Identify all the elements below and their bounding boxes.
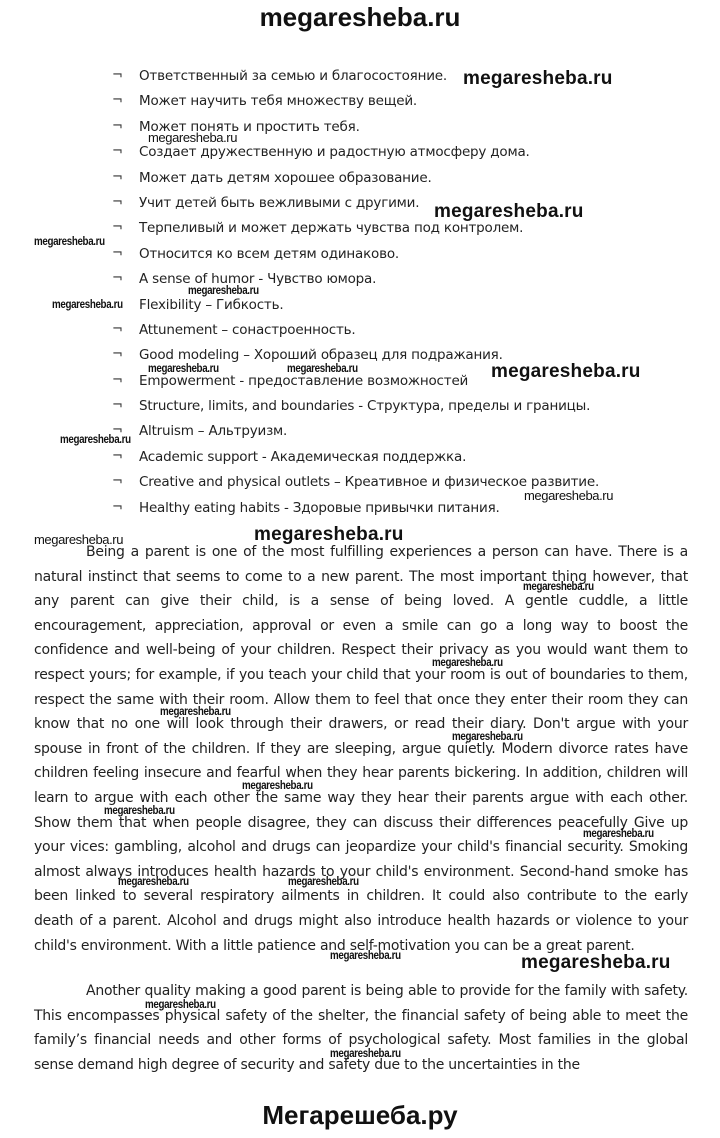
- watermark: megaresheba.ru: [521, 952, 671, 974]
- bullet-item: ¬Может дать детям хорошее образование.: [112, 168, 712, 193]
- watermark: megaresheba.ru: [145, 999, 216, 1011]
- watermark: megaresheba.ru: [287, 363, 358, 375]
- paragraph-text: Being a parent is one of the most fulfil…: [34, 540, 688, 958]
- bullet-item: ¬Создает дружественную и радостную атмос…: [112, 142, 712, 167]
- bullet-item: ¬Creative and physical outlets – Креатив…: [112, 472, 712, 497]
- watermark: megaresheba.ru: [148, 130, 237, 145]
- bullet-marker-icon: ¬: [112, 320, 139, 340]
- bullet-text: Structure, limits, and boundaries - Стру…: [139, 396, 590, 416]
- watermark: megaresheba.ru: [330, 950, 401, 962]
- watermark: megaresheba.ru: [434, 201, 584, 223]
- bullet-marker-icon: ¬: [112, 142, 139, 162]
- bullet-marker-icon: ¬: [112, 447, 139, 467]
- watermark: megaresheba.ru: [148, 363, 219, 375]
- bullet-marker-icon: ¬: [112, 244, 139, 264]
- bullet-text: Учит детей быть вежливыми с другими.: [139, 193, 419, 213]
- bullet-text: Может дать детям хорошее образование.: [139, 168, 432, 188]
- bullet-marker-icon: ¬: [112, 91, 139, 111]
- bullet-item: ¬Учит детей быть вежливыми с другими.: [112, 193, 712, 218]
- watermark: megaresheba.ru: [188, 285, 259, 297]
- watermark: megaresheba.ru: [52, 299, 123, 311]
- watermark: megaresheba.ru: [330, 1048, 401, 1060]
- watermark: megaresheba.ru: [432, 657, 503, 669]
- bullet-item: ¬Attunement – сонастроенность.: [112, 320, 712, 345]
- bullet-item: Flexibility – Гибкость.: [112, 295, 712, 320]
- bullet-item: ¬Altruism – Альтруизм.: [112, 421, 712, 446]
- watermark: megaresheba.ru: [104, 805, 175, 817]
- bullet-item: ¬Может научить тебя множеству вещей.: [112, 91, 712, 116]
- bullet-text: Flexibility – Гибкость.: [139, 295, 283, 315]
- bullet-text: Ответственный за семью и благосостояние.: [139, 66, 447, 86]
- bullet-marker-icon: ¬: [112, 269, 139, 289]
- site-header-logo: megaresheba.ru: [0, 2, 720, 33]
- bullet-text: Healthy eating habits - Здоровые привычк…: [139, 498, 500, 518]
- bullet-marker-icon: ¬: [112, 218, 139, 238]
- watermark: megaresheba.ru: [463, 68, 613, 90]
- watermark: megaresheba.ru: [254, 524, 404, 546]
- bullet-marker-icon: ¬: [112, 371, 139, 391]
- watermark: megaresheba.ru: [524, 488, 613, 503]
- bullet-text: Относится ко всем детям одинаково.: [139, 244, 399, 264]
- watermark: megaresheba.ru: [583, 828, 654, 840]
- bullet-marker-icon: ¬: [112, 117, 139, 137]
- bullet-marker-icon: ¬: [112, 396, 139, 416]
- watermark: megaresheba.ru: [491, 361, 641, 383]
- bullet-item: ¬Academic support - Академическая поддер…: [112, 447, 712, 472]
- watermark: megaresheba.ru: [288, 876, 359, 888]
- body-paragraph-1: Being a parent is one of the most fulfil…: [34, 540, 688, 958]
- bullet-marker-icon: ¬: [112, 498, 139, 518]
- bullet-item: ¬Structure, limits, and boundaries - Стр…: [112, 396, 712, 421]
- watermark: megaresheba.ru: [160, 706, 231, 718]
- bullet-item: ¬Относится ко всем детям одинаково.: [112, 244, 712, 269]
- watermark: megaresheba.ru: [452, 731, 523, 743]
- body-paragraph-2: Another quality making a good parent is …: [34, 979, 688, 1077]
- bullet-text: Academic support - Академическая поддерж…: [139, 447, 466, 467]
- bullet-marker-icon: ¬: [112, 193, 139, 213]
- bullet-text: Attunement – сонастроенность.: [139, 320, 356, 340]
- bullet-text: Может научить тебя множеству вещей.: [139, 91, 417, 111]
- bullet-item: ¬Healthy eating habits - Здоровые привыч…: [112, 498, 712, 523]
- watermark: megaresheba.ru: [242, 780, 313, 792]
- watermark: megaresheba.ru: [34, 236, 105, 248]
- bullet-text: Создает дружественную и радостную атмосф…: [139, 142, 530, 162]
- bullet-marker-icon: ¬: [112, 168, 139, 188]
- bullet-marker-icon: ¬: [112, 66, 139, 86]
- bullet-item: ¬Ответственный за семью и благосостояние…: [112, 66, 712, 91]
- site-footer-logo: Мегарешеба.ру: [0, 1100, 720, 1131]
- paragraph-text: Another quality making a good parent is …: [34, 979, 688, 1077]
- watermark: megaresheba.ru: [118, 876, 189, 888]
- bullet-marker-icon: ¬: [112, 472, 139, 492]
- bullet-text: Altruism – Альтруизм.: [139, 421, 287, 441]
- watermark: megaresheba.ru: [523, 581, 594, 593]
- watermark: megaresheba.ru: [60, 434, 131, 446]
- bullet-item: ¬Терпеливый и может держать чувства под …: [112, 218, 712, 243]
- bullet-marker-icon: ¬: [112, 345, 139, 365]
- watermark: megaresheba.ru: [34, 532, 123, 547]
